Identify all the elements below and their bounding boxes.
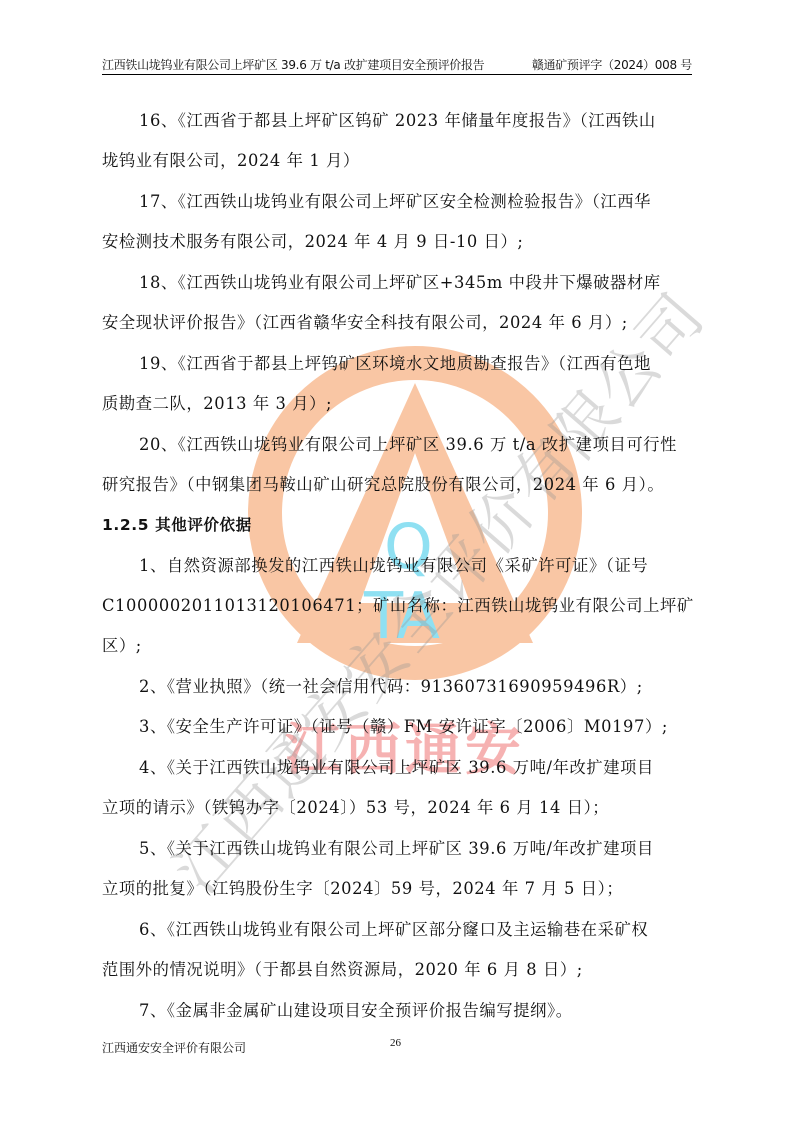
other-basis-item-3: 3、《安全生产许可证》（证号（赣）FM 安许证字〔2006〕M0197）; xyxy=(139,712,668,742)
reference-item-19-cont: 质勘查二队，2013 年 3 月）; xyxy=(102,389,332,419)
reference-item-16: 16、《江西省于都县上坪矿区钨矿 2023 年储量年度报告》（江西铁山 xyxy=(139,106,656,136)
reference-item-20-cont: 研究报告》（中钢集团马鞍山矿山研究总院股份有限公司，2024 年 6 月）。 xyxy=(102,470,664,500)
reference-item-17: 17、《江西铁山垅钨业有限公司上坪矿区安全检测检验报告》（江西华 xyxy=(139,187,651,217)
other-basis-item-6: 6、《江西铁山垅钨业有限公司上坪矿区部分窿口及主运输巷在采矿权 xyxy=(139,915,648,945)
document-page: Q TA 江西通安 江西通安安全评价有限公司 江西铁山垅钨业有限公司上坪矿区 3… xyxy=(0,0,793,1122)
page-number: 26 xyxy=(390,1037,401,1049)
reference-item-19: 19、《江西省于都县上坪钨矿区环境水文地质勘查报告》（江西有色地 xyxy=(139,349,651,379)
reference-item-16-cont: 垅钨业有限公司，2024 年 1 月） xyxy=(102,146,360,176)
section-heading: 1.2.5 其他评价依据 xyxy=(102,510,252,540)
reference-item-20: 20、《江西铁山垅钨业有限公司上坪矿区 39.6 万 t/a 改扩建项目可行性 xyxy=(139,430,677,460)
other-basis-item-1: 1、自然资源部换发的江西铁山垅钨业有限公司《采矿许可证》（证号 xyxy=(139,551,648,581)
other-basis-item-4: 4、《关于江西铁山垅钨业有限公司上坪矿区 39.6 万吨/年改扩建项目 xyxy=(139,753,654,783)
other-basis-item-6-cont: 范围外的情况说明》（于都县自然资源局，2020 年 6 月 8 日）; xyxy=(102,955,583,985)
other-basis-item-4-cont: 立项的请示》（铁钨办字〔2024〕）53 号，2024 年 6 月 14 日）； xyxy=(102,793,609,823)
page-footer: 江西通安安全评价有限公司 26 xyxy=(102,1037,692,1057)
reference-item-18: 18、《江西铁山垅钨业有限公司上坪矿区+345m 中段井下爆破器材库 xyxy=(139,268,661,298)
footer-company: 江西通安安全评价有限公司 xyxy=(102,1039,246,1056)
other-basis-item-2: 2、《营业执照》（统一社会信用代码：91360731690959496R）; xyxy=(139,672,643,702)
page-content: 江西铁山垅钨业有限公司上坪矿区 39.6 万 t/a 改扩建项目安全预评价报告 … xyxy=(0,0,793,1122)
other-basis-item-5: 5、《关于江西铁山垅钨业有限公司上坪矿区 39.6 万吨/年改扩建项目 xyxy=(139,834,654,864)
page-header: 江西铁山垅钨业有限公司上坪矿区 39.6 万 t/a 改扩建项目安全预评价报告 … xyxy=(102,52,692,75)
reference-item-17-cont: 安检测技术服务有限公司，2024 年 4 月 9 日-10 日）; xyxy=(102,227,524,257)
report-number: 赣通矿预评字（2024）008 号 xyxy=(532,56,692,73)
other-basis-item-7: 7、《金属非金属矿山建设项目安全预评价报告编写提纲》。 xyxy=(139,996,573,1026)
other-basis-item-1-cont2: 区）; xyxy=(102,631,142,661)
reference-item-18-cont: 安全现状评价报告》（江西省赣华安全科技有限公司，2024 年 6 月）; xyxy=(102,308,628,338)
other-basis-item-1-cont: C1000002011013120106471；矿山名称：江西铁山垅钨业有限公司… xyxy=(102,591,694,621)
report-title: 江西铁山垅钨业有限公司上坪矿区 39.6 万 t/a 改扩建项目安全预评价报告 xyxy=(102,56,484,73)
other-basis-item-5-cont: 立项的批复》（江钨股份生字〔2024〕59 号，2024 年 7 月 5 日）； xyxy=(102,874,623,904)
